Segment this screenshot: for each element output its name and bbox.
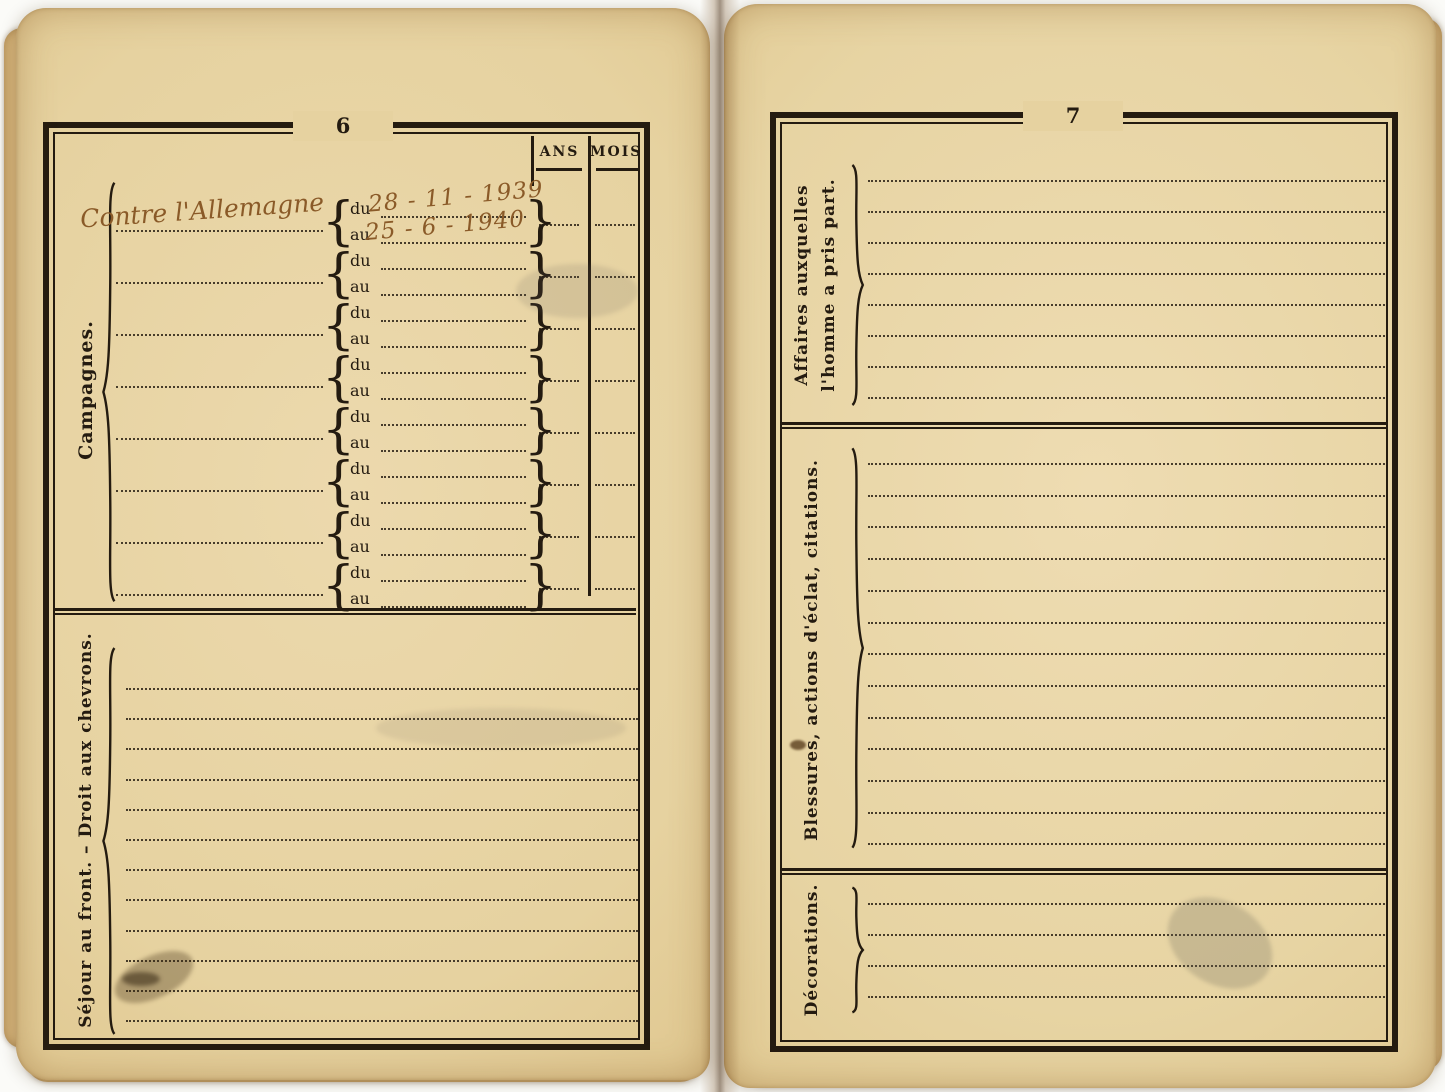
sejour-brace [100,640,117,1042]
ruled-line [126,748,638,750]
affaires-brace [850,160,866,410]
affaires-label-line1: Affaires auxquelles [792,184,812,385]
ruled-line [126,960,638,962]
affaires-label-line2: l'homme a pris part. [819,178,839,391]
page-number-text: 7 [1066,103,1081,128]
campagnes-label: Campagnes. [75,320,97,460]
ruled-line [126,779,638,781]
campagnes-brace [100,174,117,610]
ruled-line [868,996,1388,998]
page-number-text: 6 [336,113,351,138]
right-page-number: 7 [1023,101,1123,131]
blessures-label: Blessures, actions d'éclat, citations. [802,459,822,841]
ruled-line [126,809,638,811]
ruled-line [126,718,638,720]
decorations-brace [850,885,866,1015]
ruled-line [126,1020,638,1022]
decorations-label: Décorations. [802,884,822,1017]
ruled-line [868,903,1388,905]
sejour-au-front-label: Séjour au front. – Droit aux chevrons. [76,632,96,1027]
scanned-military-booklet: 6 ANS MOIS Campagnes. {duau}Contre l'All… [0,0,1445,1092]
ruled-line [126,899,638,901]
ruled-line [126,990,638,992]
blessures-brace [850,440,866,856]
ruled-line [126,869,638,871]
ruled-line [126,688,638,690]
left-page: 6 ANS MOIS Campagnes. {duau}Contre l'All… [16,8,710,1080]
decorations-ruled-lines [724,4,1436,1088]
ruled-line [126,839,638,841]
ruled-line [868,934,1388,936]
ruled-line [126,930,638,932]
ruled-line [868,965,1388,967]
sejour-ruled-lines [16,8,710,1080]
left-page-number: 6 [293,111,393,141]
right-page: 7 Affaires auxquelles l'homme a pris par… [724,4,1436,1088]
